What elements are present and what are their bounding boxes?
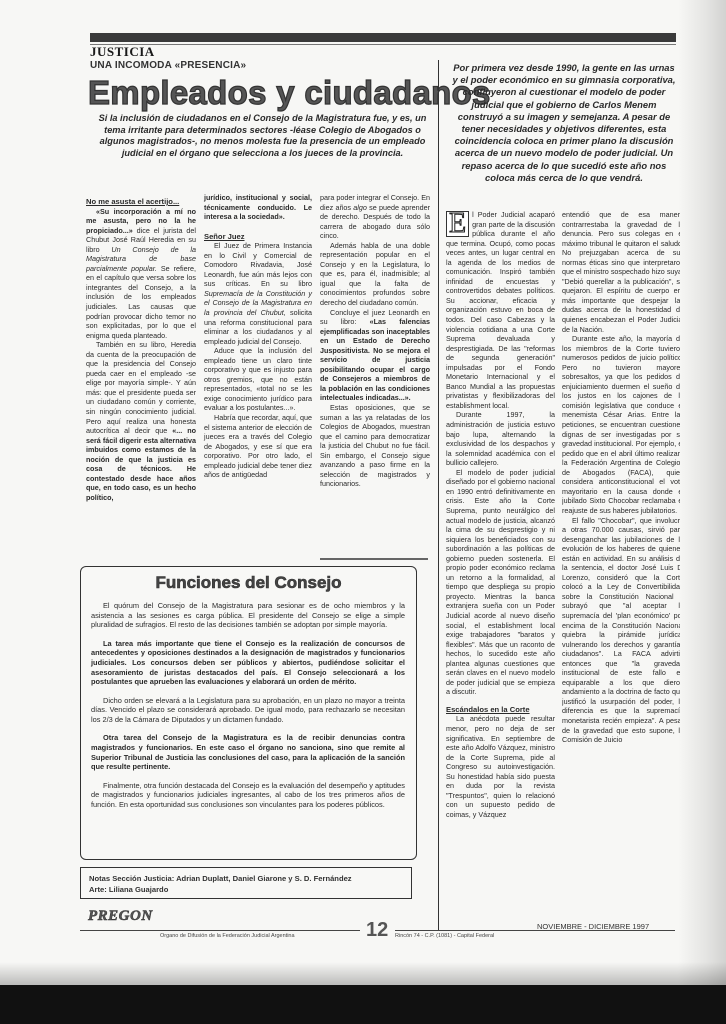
quote-bold: «Las falencias ejemplificadas son inacep… <box>320 317 430 402</box>
paragraph: La anécdota puede resultar menor, pero n… <box>446 714 555 819</box>
scan-shadow <box>0 962 726 986</box>
sidebar-body: El quórum del Consejo de la Magistratura… <box>91 601 405 818</box>
credits-box: Notas Sección Justicia: Adrian Duplatt, … <box>80 867 412 899</box>
publication-logo: PREGON <box>88 908 153 925</box>
column-divider <box>438 60 439 930</box>
footer-rule <box>80 930 360 931</box>
column-end-rule <box>320 558 428 560</box>
issue-date: NOVIEMBRE - DICIEMBRE 1997 <box>537 922 649 931</box>
sidebar-box: Funciones del Consejo El quórum del Cons… <box>80 566 417 860</box>
paragraph: Durante este año, la mayoría de los miem… <box>562 334 680 515</box>
kicker: UNA INCOMODA «PRESENCIA» <box>90 60 246 71</box>
page-edge-shadow <box>678 0 726 1024</box>
sidebar-paragraph: Finalmente, otra función destacada del C… <box>91 781 405 810</box>
scan-border <box>0 985 726 1024</box>
paragraph: Estas oposiciones, que se suman a las ya… <box>320 403 430 489</box>
text: Se refiere, en el capítulo que versa sob… <box>86 264 196 340</box>
paragraph: Durante 1997, la administración de justi… <box>446 410 555 467</box>
paragraph: El modelo de poder judicial diseñado por… <box>446 468 555 697</box>
article-column-3: para poder integrar el Consejo. En diez … <box>320 193 430 489</box>
headline: Empleados y ciudadanos <box>88 74 491 112</box>
sidebar-title: Funciones del Consejo <box>81 573 416 593</box>
subhead: Señor Juez <box>204 232 312 242</box>
sidebar-paragraph: La tarea más importante que tiene el Con… <box>91 639 405 688</box>
paragraph: entendió que de esa manera contrarrestab… <box>562 210 680 334</box>
paragraph: Además habla de una doble representación… <box>320 241 430 308</box>
text: El Juez de Primera Instancia en lo Civil… <box>204 241 312 288</box>
text: También en su libro, Heredia da cuenta d… <box>86 340 196 435</box>
section-label: JUSTICIA <box>90 44 155 60</box>
subhead: No me asusta el acertijo... <box>86 197 196 207</box>
publication-tagline: Organo de Difusión de la Federación Judi… <box>160 933 295 939</box>
top-rule-thick <box>90 33 676 42</box>
page-number: 12 <box>366 919 388 942</box>
article-column-5: entendió que de esa manera contrarrestab… <box>562 210 680 745</box>
italic-word: algo <box>353 203 367 212</box>
text: l Poder Judicial acaparó gran parte de l… <box>446 210 555 410</box>
publication-address: Rincón 74 - C.P. (1081) - Capital Federa… <box>395 933 494 939</box>
credits-line: Arte: Liliana Guajardo <box>89 885 168 894</box>
quote-bold: jurídico, institucional y social, técnic… <box>204 193 312 221</box>
subhead: Escándalos en la Corte <box>446 705 555 715</box>
right-deck: Por primera vez desde 1990, la gente en … <box>450 62 678 184</box>
drop-cap: E <box>446 211 469 237</box>
paragraph: Aduce que la inclusión del empleado tien… <box>204 346 312 413</box>
quote-bold: «... no será fácil digerir esta alternat… <box>86 426 196 502</box>
article-column-2: jurídico, institucional y social, técnic… <box>204 193 312 480</box>
paragraph: El fallo "Chocobar", que involucró a otr… <box>562 516 680 745</box>
newspaper-page: JUSTICIA UNA INCOMODA «PRESENCIA» Emplea… <box>0 0 726 1024</box>
paragraph: Habría que recordar, aquí, que el sistem… <box>204 413 312 480</box>
top-rule-thin <box>90 44 676 45</box>
sidebar-paragraph: El quórum del Consejo de la Magistratura… <box>91 601 405 630</box>
credits-line: Notas Sección Justicia: Adrian Duplatt, … <box>89 874 352 883</box>
sidebar-paragraph: Dicho orden se elevará a la Legislatura … <box>91 696 405 725</box>
sidebar-paragraph: Otra tarea del Consejo de la Magistratur… <box>91 733 405 772</box>
article-column-1: No me asusta el acertijo... «Su incorpor… <box>86 193 196 503</box>
article-column-4: El Poder Judicial acaparó gran parte de … <box>446 210 555 819</box>
deck: Si la inclusión de ciudadanos en el Cons… <box>90 113 435 159</box>
